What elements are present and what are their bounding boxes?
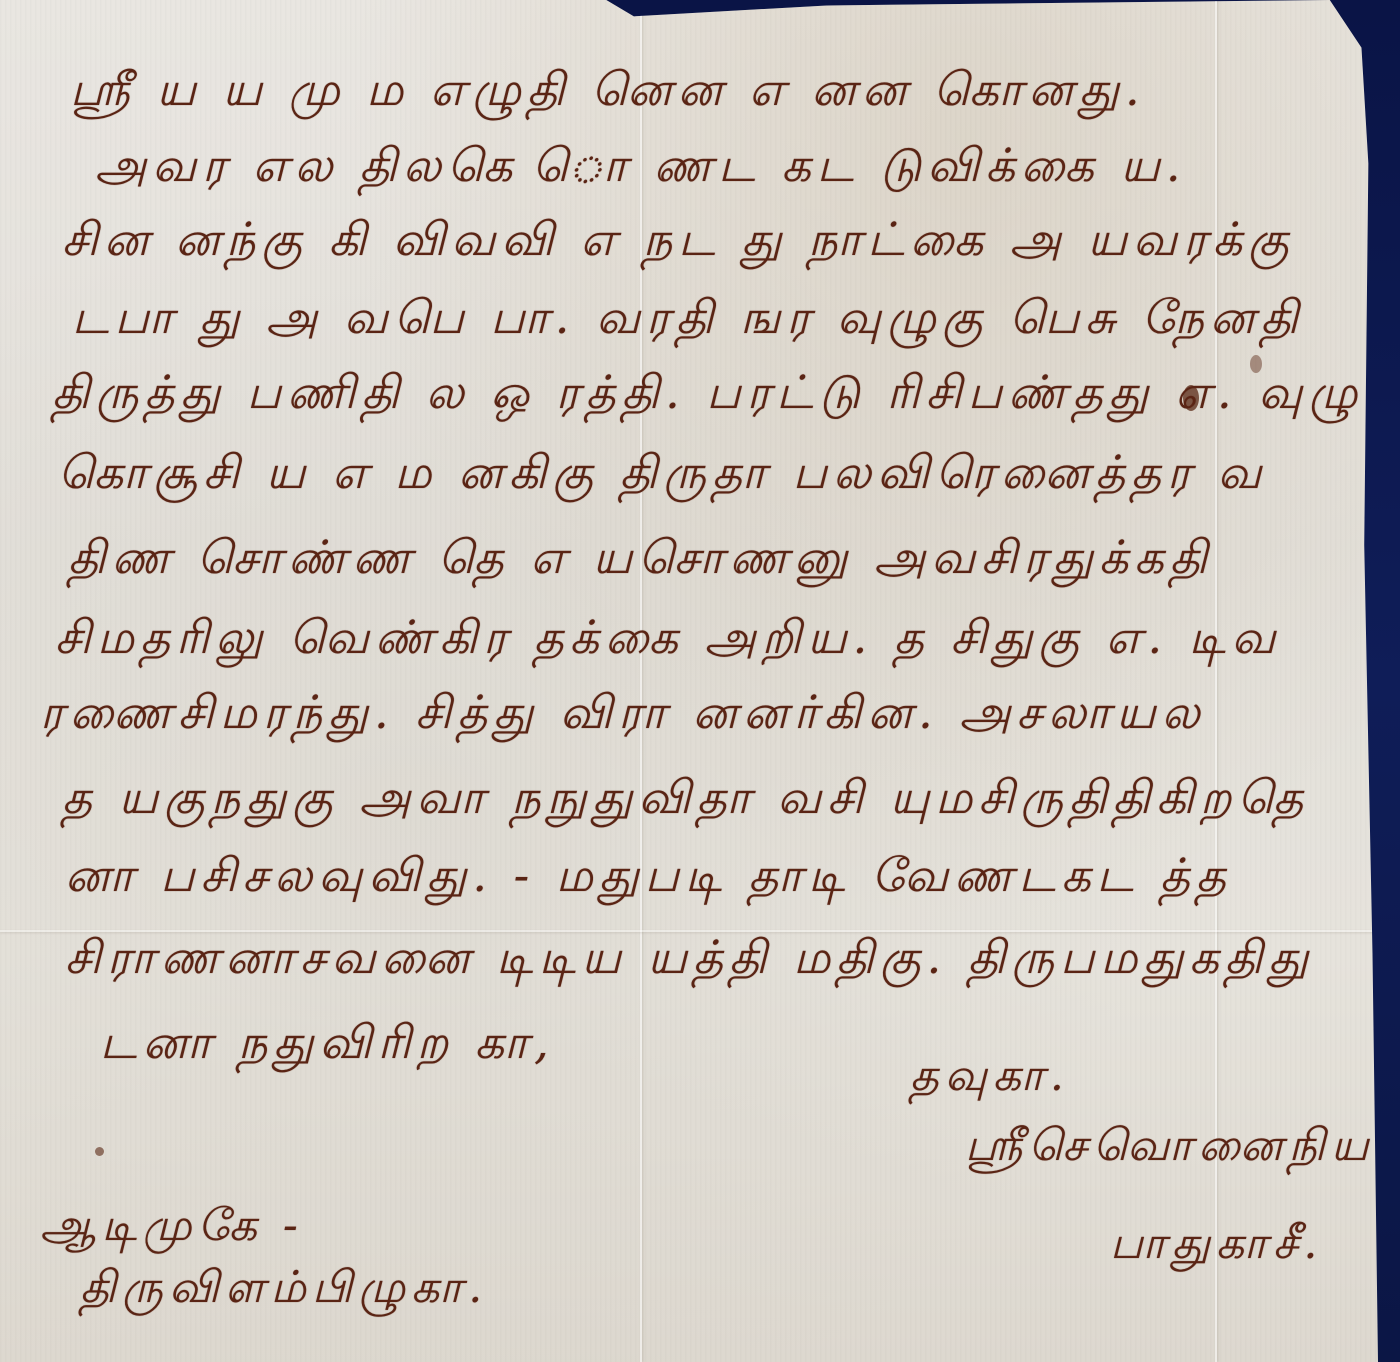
closing-line-3: பாதுகாசீ. bbox=[1110, 1218, 1323, 1275]
letter-line-12: சிராணனாசவனை டிடிய யத்தி மதிகு. திருபமதுக… bbox=[65, 930, 1314, 991]
address-line-1: ஆடிமுகே - bbox=[40, 1200, 304, 1257]
letter-line-9: ரணைசிமரந்து. சித்து விரா னனர்கின. அசலாயல bbox=[40, 685, 1206, 746]
letter-line-2: அவர எல திலகெ ொ ணட கட டுவிக்கை ய. bbox=[95, 138, 1187, 199]
letter-line-4: டபா து அ வபெ பா. வரதி ஙர வுழுகு பெசு நேன… bbox=[72, 290, 1304, 351]
letter-line-7: திண சொண்ண தெ எ யசொணனு அவசிரதுக்கதி bbox=[68, 530, 1213, 591]
letter-line-1: ஸ்ரீ ய ய மு ம எழுதி னென எ னன கொனது. bbox=[70, 62, 1146, 123]
closing-line-1: தவுகா. bbox=[910, 1050, 1070, 1107]
fold-crease-vertical bbox=[640, 0, 642, 1362]
letter-line-8: சிமதரிலு வெண்கிர தக்கை அறிய. த சிதுகு எ.… bbox=[55, 610, 1281, 671]
letter-line-6: கொசூசி ய எ ம னகிகு திருதா பலவிரெனைத்தர வ bbox=[58, 445, 1267, 506]
manuscript-paper: ஸ்ரீ ய ய மு ம எழுதி னென எ னன கொனது. அவர … bbox=[0, 0, 1378, 1362]
address-line-2: திருவிளம்பிழுகா. bbox=[80, 1262, 488, 1319]
letter-line-11: னா பசிசலவுவிது. - மதுபடி தாடி வேணடகட த்த bbox=[65, 848, 1232, 909]
letter-line-13: டனா நதுவிரிற கா, bbox=[100, 1015, 555, 1076]
signature-name: ஸ்ரீசெவொனைநிய bbox=[965, 1120, 1375, 1177]
ink-dot bbox=[95, 1147, 104, 1156]
letter-line-3: சின னந்கு கி விவவி எ நட து நாட்கை அ யவரக… bbox=[62, 212, 1295, 273]
letter-line-5: திருத்து பணிதி ல ஒ ரத்தி. பரட்டு ரிசிபண்… bbox=[52, 365, 1363, 426]
letter-line-10: த யகுநதுகு அவா நநுதுவிதா வசி யுமசிருதிதி… bbox=[62, 770, 1309, 831]
